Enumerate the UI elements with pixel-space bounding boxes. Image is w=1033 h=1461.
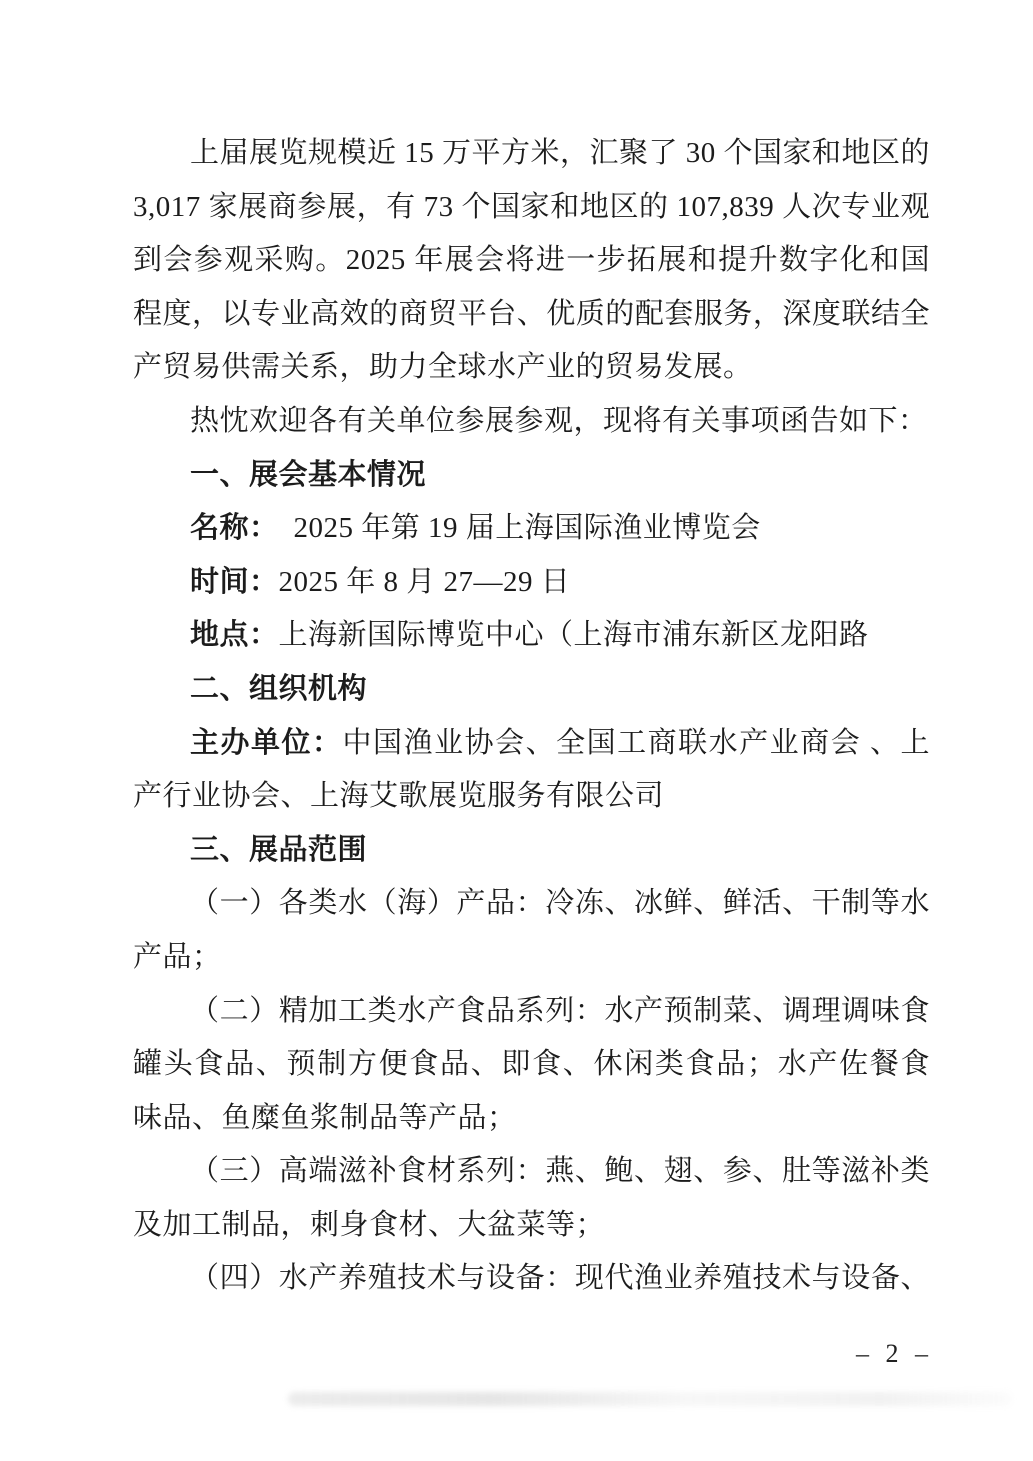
scope-item-1-line-2: 产品；	[133, 931, 930, 985]
line-label: 三、展品范围	[190, 834, 367, 866]
line-text: 程度，以专业高效的商贸平台、优质的配套服务，深度联结全球水	[133, 298, 930, 342]
line-label: 地点：	[190, 619, 279, 651]
document-page: 上届展览规模近 15 万平方米，汇聚了 30 个国家和地区的3,017 家展商参…	[0, 0, 1033, 1461]
expo-venue-line: 地点：上海新国际博览中心（上海市浦东新区龙阳路 2345 号）	[133, 609, 930, 663]
scope-item-2-line-1: （二）精加工类水产食品系列：水产预制菜、调理调味食品、	[133, 985, 930, 1039]
scope-item-2-line-2: 罐头食品、预制方便食品、即食、休闲类食品；水产佐餐食品；调	[133, 1038, 930, 1092]
scope-item-3-line-1: （三）高端滋补食材系列：燕、鲍、翅、参、肚等滋补类食材	[133, 1145, 930, 1199]
scope-item-2-line-3: 味品、鱼糜鱼浆制品等产品；	[133, 1092, 930, 1146]
intro-para-line-5: 产贸易供需关系，助力全球水产业的贸易发展。	[133, 341, 930, 395]
intro-para-line-3: 到会参观采购。2025 年展会将进一步拓展和提升数字化和国际化	[133, 234, 930, 288]
intro-para-line-2: 3,017 家展商参展，有 73 个国家和地区的 107,839 人次专业观众	[133, 181, 930, 235]
line-text: 上海新国际博览中心（上海市浦东新区龙阳路 2345 号）	[190, 619, 876, 663]
line-label: 主办单位：	[190, 727, 343, 759]
line-text: （二）精加工类水产食品系列：水产预制菜、调理调味食品、	[190, 995, 930, 1039]
line-label: 一、展会基本情况	[190, 459, 426, 491]
line-text: 产品；	[133, 941, 222, 973]
line-text: （一）各类水（海）产品：冷冻、冰鲜、鲜活、干制等水（海）	[190, 887, 930, 931]
line-text: 罐头食品、预制方便食品、即食、休闲类食品；水产佐餐食品；调	[133, 1048, 930, 1092]
organizer-line-2: 产行业协会、上海艾歌展览服务有限公司	[133, 770, 930, 824]
line-text: 2025 年 8 月 27—29 日	[279, 566, 571, 598]
section-3-heading: 三、展品范围	[133, 824, 930, 878]
organizer-line-1: 主办单位：中国渔业协会、全国工商联水产业商会 、上海水	[133, 717, 930, 771]
line-label: 名称：	[190, 512, 264, 544]
scope-item-3-line-2: 及加工制品，刺身食材、大盆菜等；	[133, 1199, 930, 1253]
line-label: 时间：	[190, 566, 279, 598]
line-text: 上届展览规模近 15 万平方米，汇聚了 30 个国家和地区的	[190, 137, 930, 169]
line-text: 味品、鱼糜鱼浆制品等产品；	[133, 1102, 517, 1134]
line-text: 2025 年第 19 届上海国际渔业博览会	[264, 512, 761, 544]
expo-date-line: 时间：2025 年 8 月 27—29 日	[133, 556, 930, 610]
line-text: 及加工制品，刺身食材、大盆菜等；	[133, 1209, 605, 1241]
line-text: 产贸易供需关系，助力全球水产业的贸易发展。	[133, 351, 753, 383]
scan-artifact	[288, 1392, 1012, 1406]
line-text: 到会参观采购。2025 年展会将进一步拓展和提升数字化和国际化	[133, 244, 930, 288]
line-label: 二、组织机构	[190, 673, 367, 705]
line-text: （四）水产养殖技术与设备：现代渔业养殖技术与设备、 水	[190, 1262, 930, 1306]
section-2-heading: 二、组织机构	[133, 663, 930, 717]
expo-name-line: 名称： 2025 年第 19 届上海国际渔业博览会	[133, 502, 930, 556]
intro-para-line-4: 程度，以专业高效的商贸平台、优质的配套服务，深度联结全球水	[133, 288, 930, 342]
scope-item-4-line-1: （四）水产养殖技术与设备：现代渔业养殖技术与设备、 水	[133, 1252, 930, 1306]
scope-item-1-line-1: （一）各类水（海）产品：冷冻、冰鲜、鲜活、干制等水（海）	[133, 877, 930, 931]
line-text: 热忱欢迎各有关单位参展参观，现将有关事项函告如下：	[190, 405, 928, 437]
section-1-heading: 一、展会基本情况	[133, 449, 930, 503]
intro-para-line-1: 上届展览规模近 15 万平方米，汇聚了 30 个国家和地区的	[133, 127, 930, 181]
page-number: – 2 –	[856, 1337, 933, 1371]
line-text: 3,017 家展商参展，有 73 个国家和地区的 107,839 人次专业观众	[133, 191, 930, 235]
line-text: （三）高端滋补食材系列：燕、鲍、翅、参、肚等滋补类食材	[190, 1155, 930, 1199]
welcome-line: 热忱欢迎各有关单位参展参观，现将有关事项函告如下：	[133, 395, 930, 449]
line-text: 产行业协会、上海艾歌展览服务有限公司	[133, 780, 664, 812]
document-body: 上届展览规模近 15 万平方米，汇聚了 30 个国家和地区的3,017 家展商参…	[133, 127, 930, 1306]
